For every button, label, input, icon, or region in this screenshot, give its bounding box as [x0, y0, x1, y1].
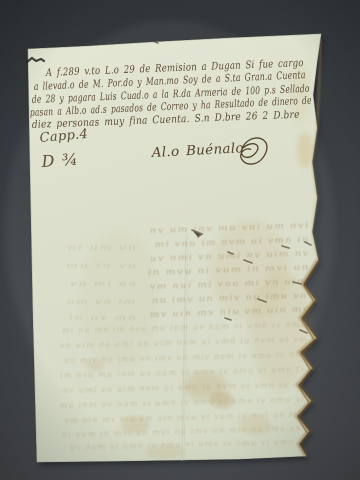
photo-of-manuscript: nv um inv mu vni um nvi mi vnu im nvm ui…	[0, 0, 360, 480]
photo-vignette	[0, 0, 360, 480]
manuscript-photo-canvas: nv um inv mu vni um nvi mi vnu im nvm ui…	[0, 0, 360, 480]
